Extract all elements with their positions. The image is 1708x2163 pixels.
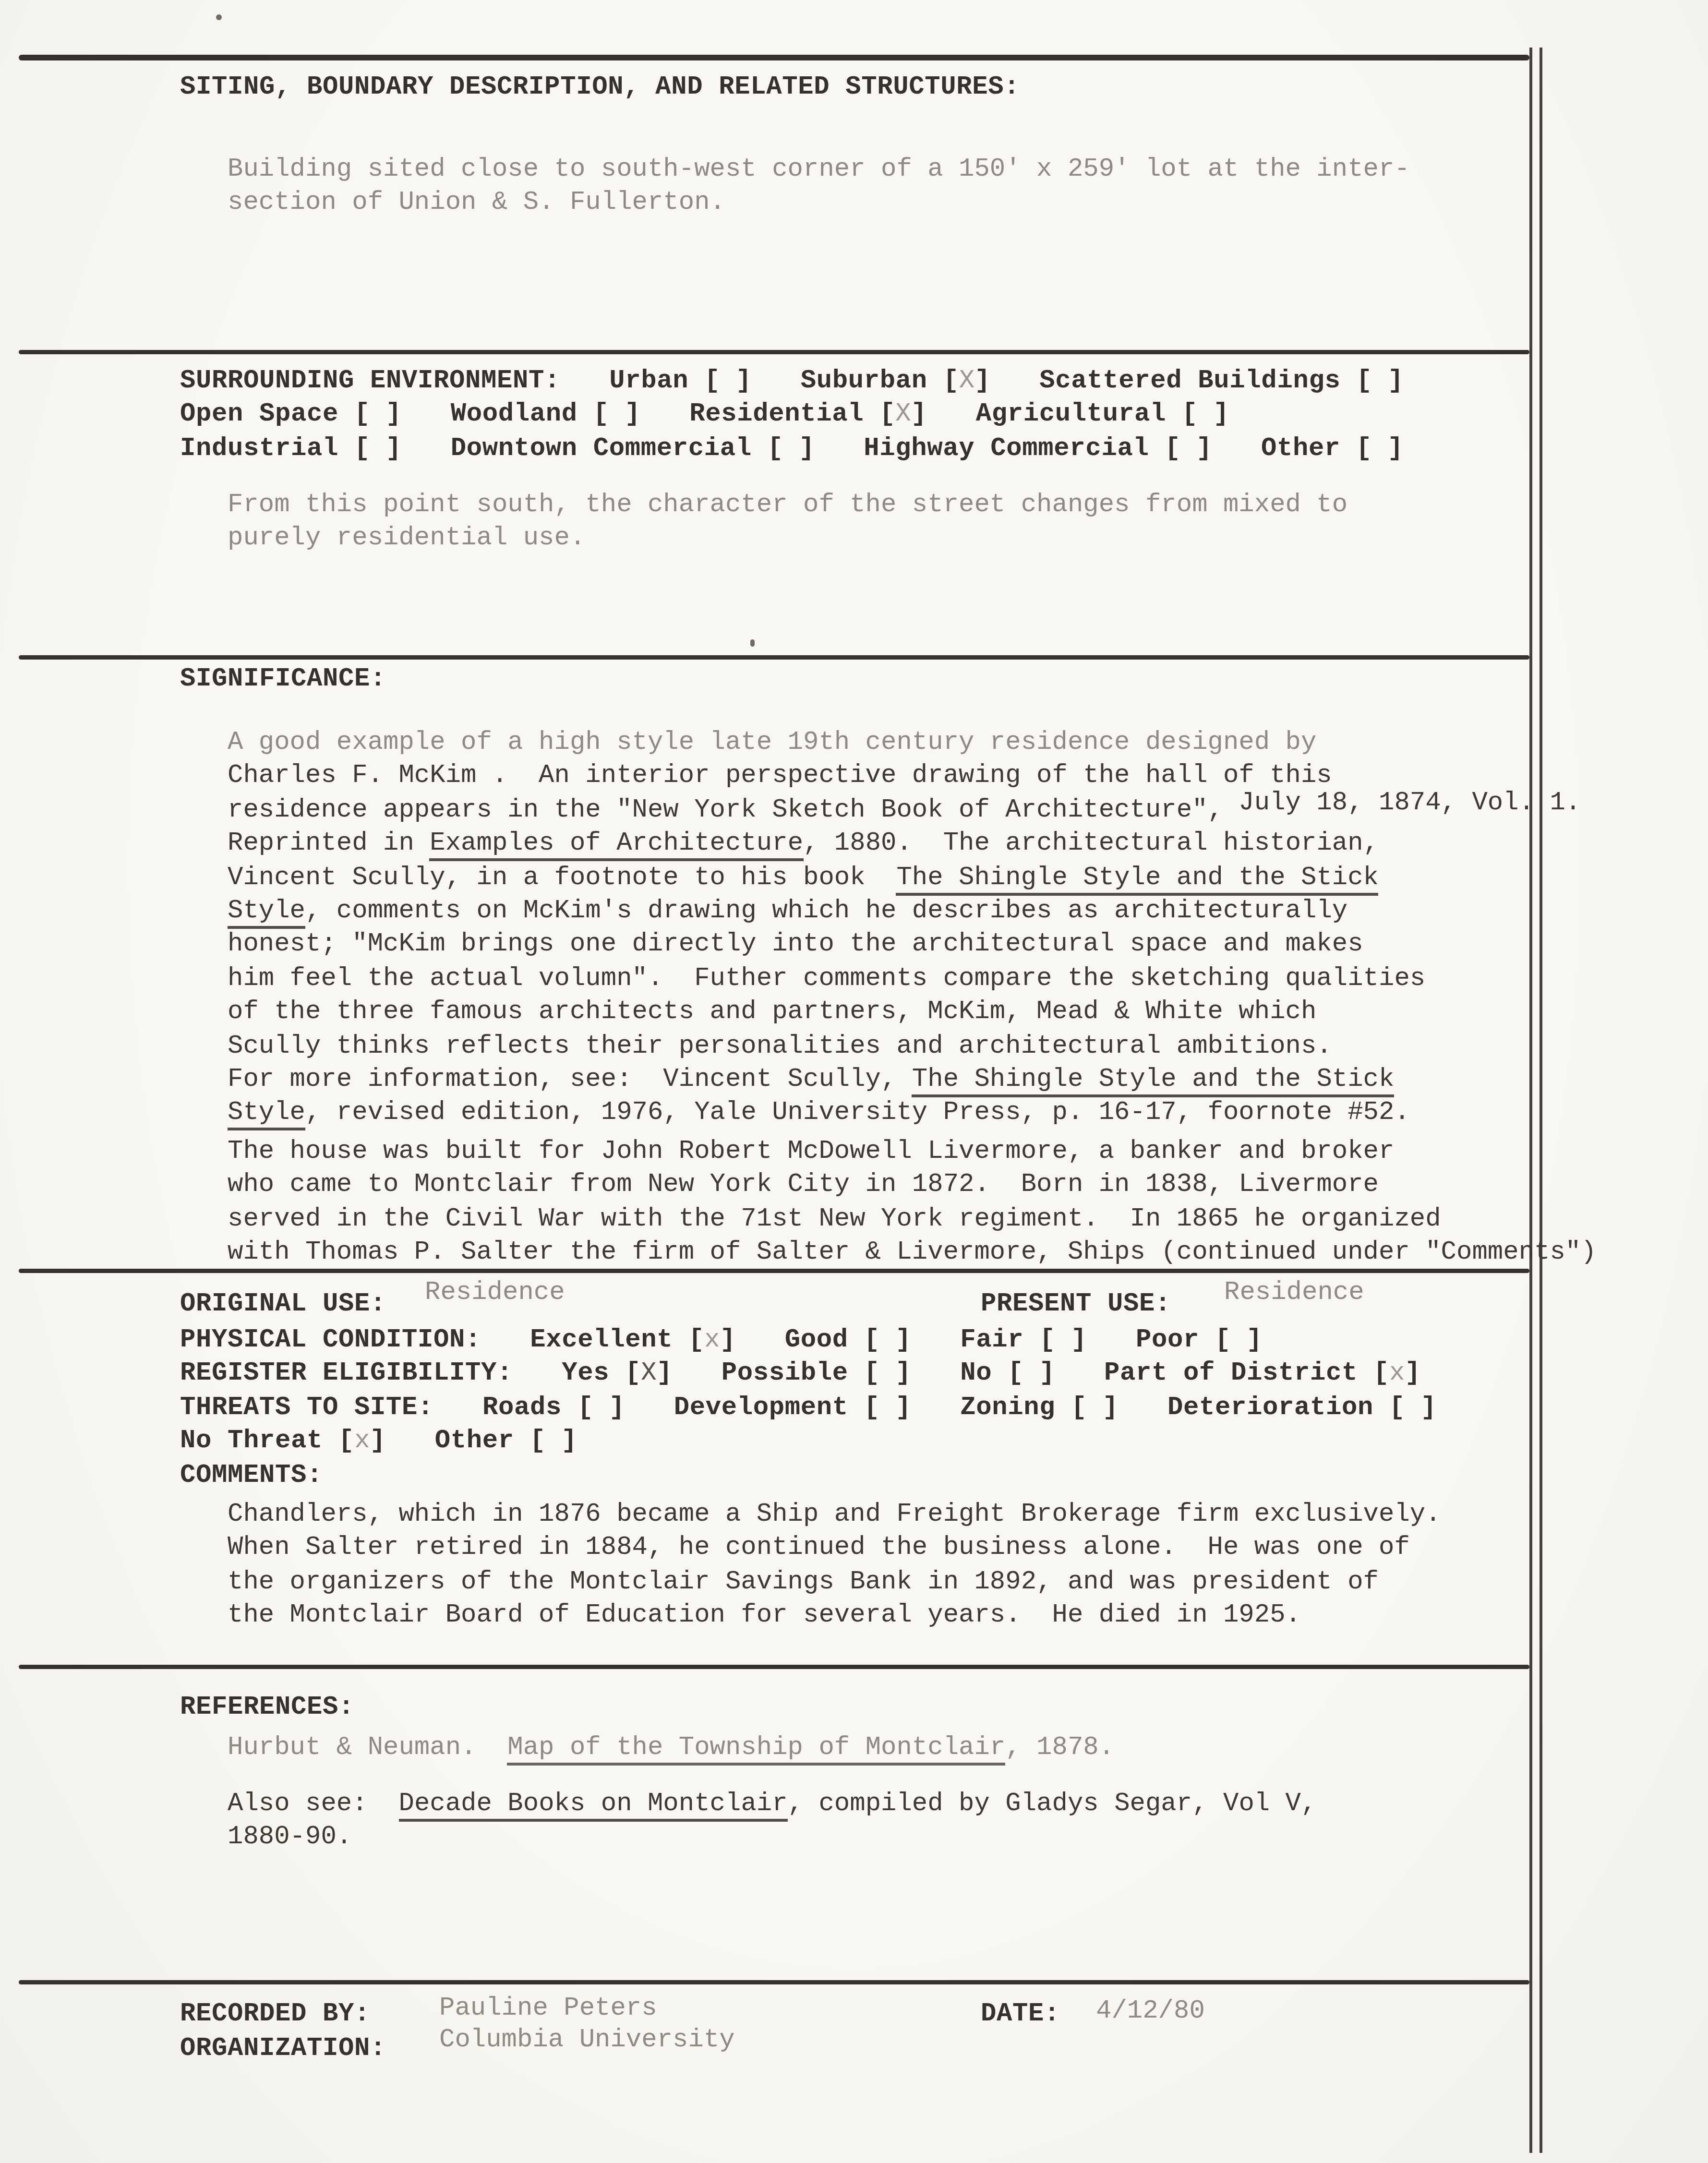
checkbox-no: No [ ]: [960, 1360, 1055, 1389]
text-line: purely residential use.: [228, 523, 1347, 557]
organization-value: Columbia University: [439, 2025, 735, 2058]
text-line: Vincent Scully, in a footnote to his boo…: [228, 862, 1581, 896]
checkbox-empty: [720, 367, 735, 396]
checkbox-x-mark: X: [895, 401, 911, 430]
historic-structure-survey-form-page: SITING, BOUNDARY DESCRIPTION, AND RELATE…: [0, 0, 1708, 2163]
text-line: residence appears in the "New York Sketc…: [228, 794, 1581, 828]
text-line: Style, revised edition, 1976, Yale Unive…: [228, 1098, 1581, 1131]
checkbox-open-space: Open Space [ ]: [180, 401, 402, 430]
checkbox-empty: [880, 1394, 895, 1422]
text-line: of the three famous architects and partn…: [228, 997, 1581, 1031]
checkbox-agricultural: Agricultural [ ]: [976, 401, 1229, 430]
present-use-value: Residence: [1224, 1277, 1364, 1311]
environment-note: From this point south, the character of …: [228, 490, 1347, 557]
checkbox-empty: [1372, 434, 1387, 463]
checkbox-other: Other [ ]: [1261, 434, 1404, 463]
significance-paragraph-1: A good example of a high style late 19th…: [228, 727, 1581, 1132]
checkbox-empty: [546, 1428, 561, 1456]
checkbox-x-mark: x: [704, 1326, 720, 1355]
checkbox-row: THREATS TO SITE:Roads [ ]Development [ ]…: [180, 1392, 1486, 1426]
condition-checkbox-rows: PHYSICAL CONDITION:Excellent [x]Good [ ]…: [180, 1325, 1486, 1460]
divider-footer-section: [19, 1980, 1529, 1984]
references-header: REFERENCES:: [180, 1692, 354, 1726]
recorded-by-value: Pauline Peters: [439, 1993, 657, 2027]
checkbox-no-threat: No Threat [x]: [180, 1428, 386, 1456]
text-line: Building sited close to south-west corne…: [228, 154, 1410, 188]
divider-significance-section: [19, 655, 1529, 660]
checkbox-scattered-buildings: Scattered Buildings [ ]: [1039, 367, 1404, 396]
form-row-label: REGISTER ELIGIBILITY:: [180, 1360, 513, 1389]
checkbox-fair: Fair [ ]: [960, 1326, 1087, 1355]
text-line: Scully thinks reflects their personaliti…: [228, 1031, 1581, 1064]
environment-checkbox-rows: SURROUNDING ENVIRONMENT:Urban [ ]Suburba…: [180, 366, 1453, 467]
scan-artifact-mark: [750, 639, 755, 647]
checkbox-empty: [1198, 401, 1213, 430]
text-line: 1880-90.: [228, 1822, 1316, 1856]
date-value: 4/12/80: [1096, 1996, 1205, 2030]
divider-environment-section: [19, 350, 1529, 354]
checkbox-suburban: Suburban [X]: [801, 367, 991, 396]
text-line: him feel the actual volumn". Futher comm…: [228, 963, 1581, 997]
checkbox-row: Open Space [ ]Woodland [ ]Residential [X…: [180, 399, 1453, 433]
text-line: honest; "McKim brings one directly into …: [228, 929, 1581, 963]
text-line: served in the Civil War with the 71st Ne…: [228, 1203, 1597, 1237]
checkbox-roads: Roads [ ]: [482, 1394, 625, 1422]
checkbox-deterioration: Deterioration [ ]: [1167, 1394, 1437, 1422]
significance-header: SIGNIFICANCE:: [180, 664, 386, 697]
checkbox-empty: [1372, 367, 1387, 396]
checkbox-development: Development [ ]: [674, 1394, 912, 1422]
reference-entry-1: Hurbut & Neuman. Map of the Township of …: [228, 1732, 1114, 1766]
present-use-label: PRESENT USE:: [981, 1289, 1171, 1322]
checkbox-empty: [370, 434, 385, 463]
siting-text: Building sited close to south-west corne…: [228, 154, 1410, 221]
siting-header: SITING, BOUNDARY DESCRIPTION, AND RELATE…: [180, 72, 1020, 106]
checkbox-excellent: Excellent [x]: [530, 1326, 736, 1355]
checkbox-good: Good [ ]: [785, 1326, 912, 1355]
recorded-by-label: RECORDED BY:: [180, 1999, 370, 2032]
checkbox-downtown-commercial: Downtown Commercial [ ]: [451, 434, 815, 463]
checkbox-row: PHYSICAL CONDITION:Excellent [x]Good [ ]…: [180, 1325, 1486, 1358]
checkbox-residential: Residential [X]: [689, 401, 927, 430]
checkbox-urban: Urban [ ]: [609, 367, 752, 396]
text-line: The house was built for John Robert McDo…: [228, 1136, 1597, 1170]
form-row-label: THREATS TO SITE:: [180, 1394, 433, 1422]
text-line: Also see: Decade Books on Montclair, com…: [228, 1789, 1316, 1822]
checkbox-yes: Yes [X]: [562, 1360, 673, 1389]
text-line: From this point south, the character of …: [228, 490, 1347, 523]
checkbox-empty: [609, 401, 625, 430]
checkbox-empty: [783, 434, 799, 463]
checkbox-empty: [1231, 1326, 1246, 1355]
text-line: section of Union & S. Fullerton.: [228, 188, 1410, 221]
checkbox-empty: [880, 1360, 895, 1389]
checkbox-empty: [880, 1326, 895, 1355]
checkbox-empty: [1405, 1394, 1420, 1422]
text-line: When Salter retired in 1884, he continue…: [228, 1533, 1441, 1566]
checkbox-empty: [1023, 1360, 1039, 1389]
checkbox-part-of-district: Part of District [x]: [1104, 1360, 1421, 1389]
date-label: DATE:: [981, 1999, 1060, 2032]
text-line: Hurbut & Neuman. Map of the Township of …: [228, 1732, 1114, 1766]
text-line: For more information, see: Vincent Scull…: [228, 1064, 1581, 1098]
checkbox-x-mark: X: [959, 367, 974, 396]
scan-artifact-dot: [216, 14, 222, 20]
checkbox-row: REGISTER ELIGIBILITY:Yes [X]Possible [ ]…: [180, 1358, 1486, 1392]
text-line: with Thomas P. Salter the firm of Salter…: [228, 1238, 1597, 1271]
checkbox-other: Other [ ]: [435, 1428, 577, 1456]
checkbox-poor: Poor [ ]: [1136, 1326, 1263, 1355]
divider-references-section: [19, 1665, 1529, 1669]
checkbox-highway-commercial: Highway Commercial [ ]: [864, 434, 1212, 463]
checkbox-zoning: Zoning [ ]: [960, 1394, 1119, 1422]
comments-text: Chandlers, which in 1876 became a Ship a…: [228, 1499, 1441, 1634]
reference-entry-2: Also see: Decade Books on Montclair, com…: [228, 1789, 1316, 1856]
text-line: the Montclair Board of Education for sev…: [228, 1600, 1441, 1634]
checkbox-row: No Threat [x]Other [ ]: [180, 1426, 1486, 1460]
checkbox-empty: [370, 401, 385, 430]
significance-paragraph-2: The house was built for John Robert McDo…: [228, 1136, 1597, 1271]
form-row-label: SURROUNDING ENVIRONMENT:: [180, 367, 560, 396]
text-line: Chandlers, which in 1876 became a Ship a…: [228, 1499, 1441, 1533]
text-line: the organizers of the Montclair Savings …: [228, 1566, 1441, 1600]
checkbox-possible: Possible [ ]: [722, 1360, 912, 1389]
checkbox-x-mark: X: [641, 1360, 656, 1389]
checkbox-woodland: Woodland [ ]: [451, 401, 641, 430]
checkbox-empty: [1180, 434, 1196, 463]
checkbox-x-mark: x: [354, 1428, 370, 1456]
text-line: A good example of a high style late 19th…: [228, 727, 1581, 761]
checkbox-x-mark: x: [1389, 1360, 1405, 1389]
checkbox-row: SURROUNDING ENVIRONMENT:Urban [ ]Suburba…: [180, 366, 1453, 399]
checkbox-empty: [1055, 1326, 1071, 1355]
original-use-value: Residence: [425, 1277, 565, 1311]
checkbox-industrial: Industrial [ ]: [180, 434, 402, 463]
checkbox-row: Industrial [ ]Downtown Commercial [ ]Hig…: [180, 433, 1453, 467]
comments-label: COMMENTS:: [180, 1460, 323, 1494]
organization-label: ORGANIZATION:: [180, 2033, 386, 2067]
text-line: Style, comments on McKim's drawing which…: [228, 896, 1581, 929]
text-line: who came to Montclair from New York City…: [228, 1170, 1597, 1203]
text-line: Reprinted in Examples of Architecture, 1…: [228, 829, 1581, 862]
checkbox-empty: [1087, 1394, 1102, 1422]
checkbox-empty: [593, 1394, 609, 1422]
divider-top: [19, 55, 1529, 60]
form-row-label: PHYSICAL CONDITION:: [180, 1326, 481, 1355]
original-use-label: ORIGINAL USE:: [180, 1289, 386, 1322]
